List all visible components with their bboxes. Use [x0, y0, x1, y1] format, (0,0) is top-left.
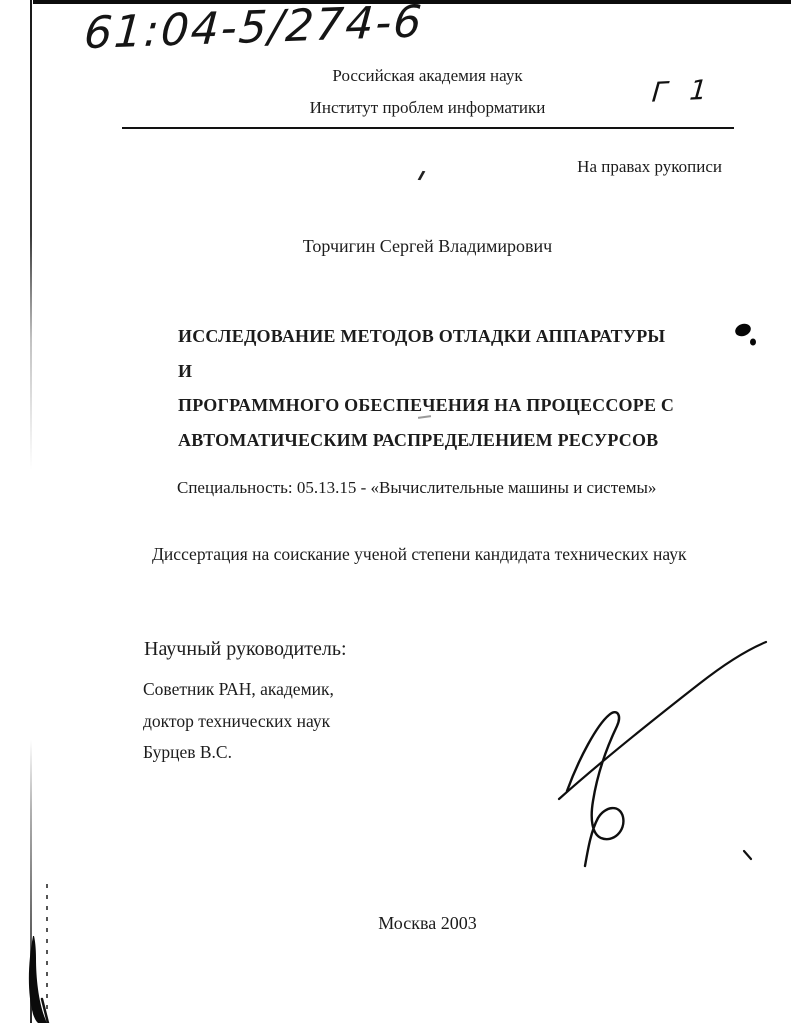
ink-tick-mark [744, 851, 751, 859]
scan-binding-thin-stroke [42, 999, 48, 1023]
dissertation-title: ИССЛЕДОВАНИЕ МЕТОДОВ ОТЛАДКИ АППАРАТУРЫ … [178, 319, 683, 457]
city-and-year: Москва 2003 [120, 913, 735, 934]
signature-flourish-stroke [559, 642, 766, 799]
supervisor-name: Бурцев В.С. [143, 742, 232, 763]
supervisor-rank-line-1: Советник РАН, академик, [143, 679, 334, 700]
signature-letter-stroke [567, 712, 623, 866]
institute-name: Институт проблем информатики [120, 98, 735, 118]
specialty-line: Специальность: 05.13.15 - «Вычислительны… [177, 478, 656, 498]
thesis-statement-line: Диссертация на соискание ученой степени … [152, 544, 687, 565]
header-divider-line [122, 127, 734, 129]
organization-name: Российская академия наук [120, 66, 735, 86]
ink-blot [733, 322, 752, 339]
dissertation-title-page: 61:04-5/274-6 Г 1 Российская академия на… [0, 0, 791, 1023]
manuscript-rights-note: На правах рукописи [577, 157, 722, 177]
scan-left-margin-line-top [30, 0, 32, 470]
supervisor-rank-line-2: доктор технических наук [143, 711, 330, 732]
ink-blot-small [750, 339, 756, 346]
supervisor-label: Научный руководитель: [144, 638, 347, 661]
scan-left-margin-line-bottom [30, 740, 32, 1023]
ink-overlay [0, 0, 791, 1023]
title-line-3: АВТОМАТИЧЕСКИМ РАСПРЕДЕЛЕНИЕМ РЕСУРСОВ [178, 423, 683, 458]
title-line-1: ИССЛЕДОВАНИЕ МЕТОДОВ ОТЛАДКИ АППАРАТУРЫ … [178, 319, 683, 388]
ink-speck-comma [418, 171, 425, 180]
catalog-number-handwritten: 61:04-5/274-6 [82, 0, 425, 59]
title-line-2: ПРОГРАММНОГО ОБЕСПЕЧЕНИЯ НА ПРОЦЕССОРЕ С [178, 388, 683, 423]
author-name: Торчигин Сергей Владимирович [120, 236, 735, 257]
